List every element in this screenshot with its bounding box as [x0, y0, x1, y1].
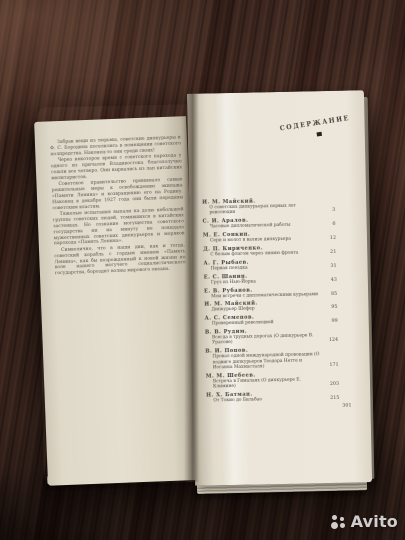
toc-entry-page-number: 12 — [321, 236, 336, 242]
toc-entry-title: Серп и молот в вализе дипкурьера — [203, 236, 318, 244]
toc-entry: Д. П. Кириченко.С белым флагом через лин… — [203, 244, 336, 258]
toc-entry: А. Г. Рыбаев.Первая поездка31 — [203, 258, 336, 272]
printer-mark-square — [317, 132, 322, 137]
toc-entry-main: М. Е. Сонкин.Серп и молот в вализе дипку… — [203, 230, 318, 244]
toc-entry-main: Д. П. Кириченко.С белым флагом через лин… — [203, 244, 318, 258]
toc-entry: А. С. Семенов.Проверенный революцией99 — [205, 313, 338, 327]
toc-entry-main: А. Г. Рыбаев.Первая поездка — [203, 258, 318, 272]
toc-entry-page-number: 6 — [321, 222, 336, 228]
table-of-contents: И. М. Майский.О советских дипкурьерах пе… — [202, 197, 339, 412]
toc-entry-main: А. С. Семенов.Проверенный революцией — [205, 313, 320, 327]
photo-of-open-book: Забрав вещи из тюрьмы, советские дипкурь… — [0, 0, 405, 540]
toc-entry: М. Е. Сонкин.Серп и молот в вализе дипку… — [203, 230, 336, 244]
toc-entry-title: Всегда в трудных дорогах (О дипкурьере В… — [205, 333, 320, 346]
toc-entry-page-number: 124 — [323, 338, 338, 344]
toc-entry-main: М. М. Шебеев.Встреча в Гималаях (О дипку… — [206, 371, 321, 390]
avito-logo-icon — [331, 514, 347, 530]
toc-entry-page-number: 203 — [324, 382, 339, 388]
toc-entry: Е. С. Шанин.Груз из Нью-Йорка43 — [204, 271, 337, 285]
toc-entry: С. И. Аралов.Часовые дипломатической раб… — [203, 216, 336, 230]
toc-entry-title: Проверенный революцией — [205, 319, 320, 327]
toc-entry-title: С белым флагом через линию фронта — [203, 250, 318, 258]
left-page-paragraph: Советское правительство принимало самые … — [51, 178, 183, 212]
toc-entry-page-number: 3 — [320, 208, 335, 214]
toc-entry-page-number: 215 — [324, 396, 339, 402]
toc-entry-page-number: 95 — [322, 305, 337, 311]
toc-entry-main: С. И. Аралов.Часовые дипломатической раб… — [203, 216, 318, 230]
toc-entry-main: И. М. Майский.Дипкурьер Шефер — [204, 300, 319, 314]
book-left-page: Забрав вещи из тюрьмы, советские дипкурь… — [34, 116, 200, 486]
toc-entry-main: И. М. Майский.О советских дипкурьерах пе… — [202, 197, 317, 216]
toc-entry-page-number: 99 — [323, 319, 338, 325]
book-spine-shadow — [184, 94, 199, 482]
toc-entry-title: Провал одной международной провокации (О… — [205, 352, 320, 370]
toc-entry-page-number: 85 — [322, 291, 337, 297]
toc-entry: М. М. Шебеев.Встреча в Гималаях (О дипку… — [206, 371, 339, 390]
avito-watermark: Avito — [331, 512, 398, 531]
toc-entry-title: Часовые дипломатической работы — [203, 222, 318, 230]
toc-entry-main: В. В. Рудим.Всегда в трудных дорогах (О … — [205, 327, 320, 346]
toc-entry-main: Е. С. Шанин.Груз из Нью-Йорка — [204, 272, 319, 286]
toc-entry: Н. Х. Батман.От Токио до Бильбао215 — [206, 390, 339, 404]
toc-entry-page-number: 171 — [324, 363, 339, 369]
toc-end-page-number: 301 — [218, 404, 351, 412]
left-page-text-block: Забрав вещи из тюрьмы, советские дипкурь… — [50, 135, 186, 278]
toc-entry: В. В. Рудим.Всегда в трудных дорогах (О … — [205, 327, 338, 346]
watermark-brand-text: Avito — [351, 512, 398, 531]
toc-entry-main: В. И. Попов.Провал одной международной п… — [205, 346, 320, 370]
toc-entry-title: О советских дипкурьерах первых лет револ… — [202, 203, 317, 216]
toc-entry: И. М. Майский.О советских дипкурьерах пе… — [202, 197, 335, 216]
toc-header: СОДЕРЖАНИЕ — [279, 115, 350, 133]
book-right-page: СОДЕРЖАНИЕ И. М. Майский.О советских дип… — [187, 90, 372, 486]
toc-entry-page-number: 21 — [321, 250, 336, 256]
toc-entry: Е. В. Рубанов.Мои встречи с дипломатичес… — [204, 285, 337, 299]
toc-entry-title: От Токио до Бильбао — [206, 396, 321, 404]
toc-entry-main: Е. В. Рубанов.Мои встречи с дипломатичес… — [204, 286, 319, 300]
toc-entry: В. И. Попов.Провал одной международной п… — [205, 346, 338, 371]
left-page-paragraph: Символично, что в наши дни, как и тогда,… — [54, 243, 186, 277]
toc-entry: И. М. Майский.Дипкурьер Шефер95 — [204, 299, 337, 313]
toc-entry-main: Н. Х. Батман.От Токио до Бильбао — [206, 390, 321, 404]
toc-entry-page-number: 31 — [322, 264, 337, 270]
toc-entry-page-number: 43 — [322, 277, 337, 283]
left-page-paragraph: Тяжелые испытания выпали на долю небольш… — [53, 208, 185, 248]
toc-entry-title: Дипкурьер Шефер — [204, 306, 319, 314]
toc-entry-title: Встреча в Гималаях (О дипкурьере Е. Клим… — [206, 377, 321, 390]
